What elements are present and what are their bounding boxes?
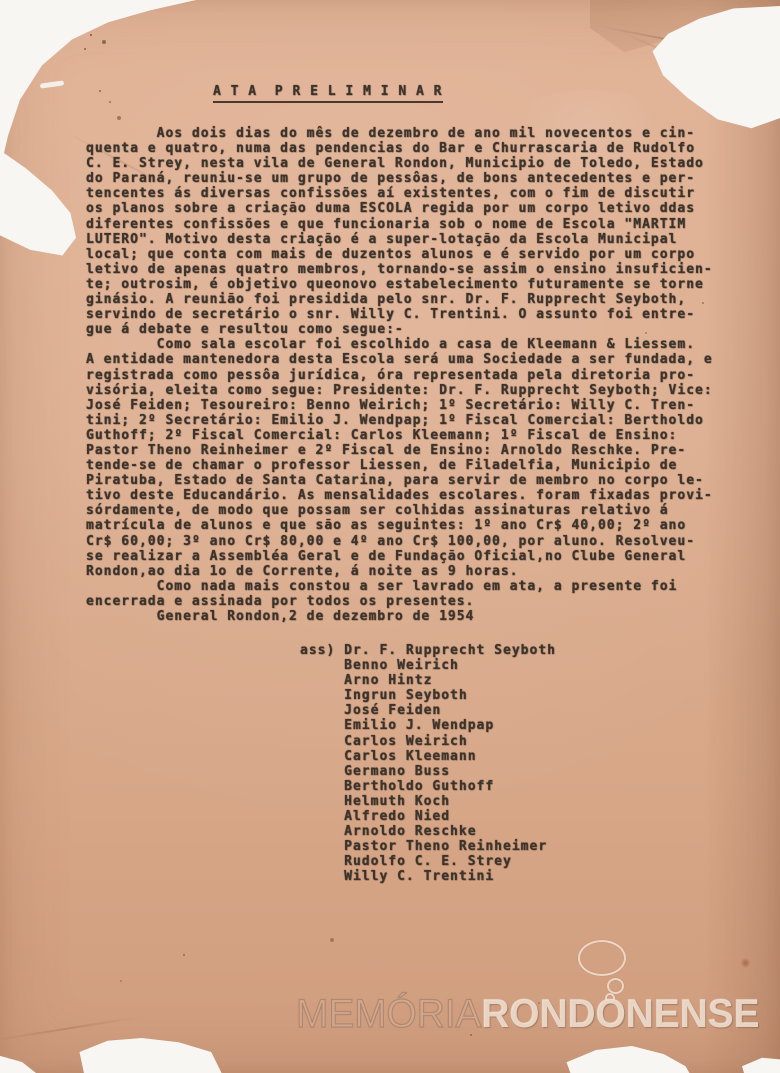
body-text-line: diferentes confissões e que funcionaria … bbox=[86, 217, 713, 232]
signature-line: Bertholdo Guthoff bbox=[300, 779, 556, 794]
watermark-rondonense: RONDONENSE bbox=[481, 992, 759, 1036]
body-text-line: Piratuba, Estado de Santa Catarina, para… bbox=[86, 473, 713, 488]
body-text-line: tivo deste Educandário. As mensalidades … bbox=[86, 488, 713, 503]
signature-line: Arnoldo Reschke bbox=[300, 824, 556, 839]
body-text-line: do Paraná, reuniu-se um grupo de pessôas… bbox=[86, 171, 713, 186]
scanned-document: A T A P R E L I M I N A R Aos dois dias … bbox=[0, 0, 780, 1073]
body-text-line: José Feiden; Tesoureiro: Benno Weirich; … bbox=[86, 398, 713, 413]
signature-line: Benno Weirich bbox=[300, 658, 556, 673]
body-text-line: tende-se de chamar o professor Liessen, … bbox=[86, 458, 713, 473]
body-text-line: quenta e quatro, numa das pendencias do … bbox=[86, 141, 713, 156]
body-text-line: A entidade mantenedora desta Escola será… bbox=[86, 352, 713, 367]
signature-line: Arno Hintz bbox=[300, 673, 556, 688]
body-text-line: matrícula de alunos e que são as seguint… bbox=[86, 518, 713, 533]
signature-line: Emilio J. Wendpap bbox=[300, 718, 556, 733]
logo-bubble-large bbox=[578, 940, 626, 976]
signature-line: Germano Buss bbox=[300, 764, 556, 779]
signature-line: Willy C. Trentini bbox=[300, 869, 556, 884]
body-text-line: Como nada mais constou a ser lavrado em … bbox=[86, 579, 713, 594]
body-text-line: os planos sobre a criação duma ESCOLA re… bbox=[86, 201, 713, 216]
document-title: A T A P R E L I M I N A R bbox=[213, 84, 443, 103]
body-text-line: se realizar a Assembléa Geral e de Funda… bbox=[86, 549, 713, 564]
body-text-line: registrada como pessôa jurídica, óra rep… bbox=[86, 368, 713, 383]
body-text-line: Aos dois dias do mês de dezembro de ano … bbox=[86, 126, 713, 141]
body-text-line: tencentes ás diversas confissões aí exis… bbox=[86, 186, 713, 201]
body-text-line: encerrada e assinada por todos os presen… bbox=[86, 594, 713, 609]
signature-line: Ingrun Seyboth bbox=[300, 688, 556, 703]
signature-line: ass) Dr. F. Rupprecht Seyboth bbox=[300, 643, 556, 658]
body-text-line: Como sala escolar foi escolhido a casa d… bbox=[86, 337, 713, 352]
signature-list: ass) Dr. F. Rupprecht Seyboth Benno Weir… bbox=[300, 643, 556, 885]
body-text-line: local; que conta com mais de duzentos al… bbox=[86, 247, 713, 262]
document-body: Aos dois dias do mês de dezembro de ano … bbox=[86, 126, 713, 624]
body-text-line: ginásio. A reunião foi presidida pelo sn… bbox=[86, 292, 713, 307]
body-text-line: servindo de secretário o snr. Willy C. T… bbox=[86, 307, 713, 322]
body-text-line: Pastor Theno Reinheimer e 2º Fiscal de E… bbox=[86, 443, 713, 458]
body-text-line: te; outrosim, é objetivo queonovo estabe… bbox=[86, 277, 713, 292]
signature-line: Alfredo Nied bbox=[300, 809, 556, 824]
body-text-line: General Rondon,2 de dezembro de 1954 bbox=[86, 609, 713, 624]
body-text-line: visória, eleita como segue: Presidente: … bbox=[86, 383, 713, 398]
body-text-line: LUTERO". Motivo desta criação é a super-… bbox=[86, 232, 713, 247]
body-text-line: tini; 2º Secretário: Emilio J. Wendpap; … bbox=[86, 413, 713, 428]
signature-line: Carlos Weirich bbox=[300, 734, 556, 749]
body-text-line: letivo de apenas quatro membros, tornand… bbox=[86, 262, 713, 277]
signature-line: Pastor Theno Reinheimer bbox=[300, 839, 556, 854]
signature-line: José Feiden bbox=[300, 703, 556, 718]
body-text-line: Cr$ 60,00; 3º ano Cr$ 80,00 e 4º ano Cr$… bbox=[86, 534, 713, 549]
signature-line: Helmuth Koch bbox=[300, 794, 556, 809]
watermark: MEMÓRIARONDONENSE bbox=[296, 992, 759, 1037]
watermark-memoria: MEMÓRIA bbox=[296, 992, 481, 1036]
body-text-line: C. E. Strey, nesta vila de General Rondo… bbox=[86, 156, 713, 171]
body-text-line: Rondon,ao dia 1o de Corrente, á noite as… bbox=[86, 564, 713, 579]
body-text-line: sórdamente, de modo que possam ser colhi… bbox=[86, 503, 713, 518]
body-text-line: Guthoff; 2º Fiscal Comercial: Carlos Kle… bbox=[86, 428, 713, 443]
body-text-line: gue á debate e resultou como segue:- bbox=[86, 322, 713, 337]
signature-line: Carlos Kleemann bbox=[300, 749, 556, 764]
signature-line: Rudolfo C. E. Strey bbox=[300, 854, 556, 869]
